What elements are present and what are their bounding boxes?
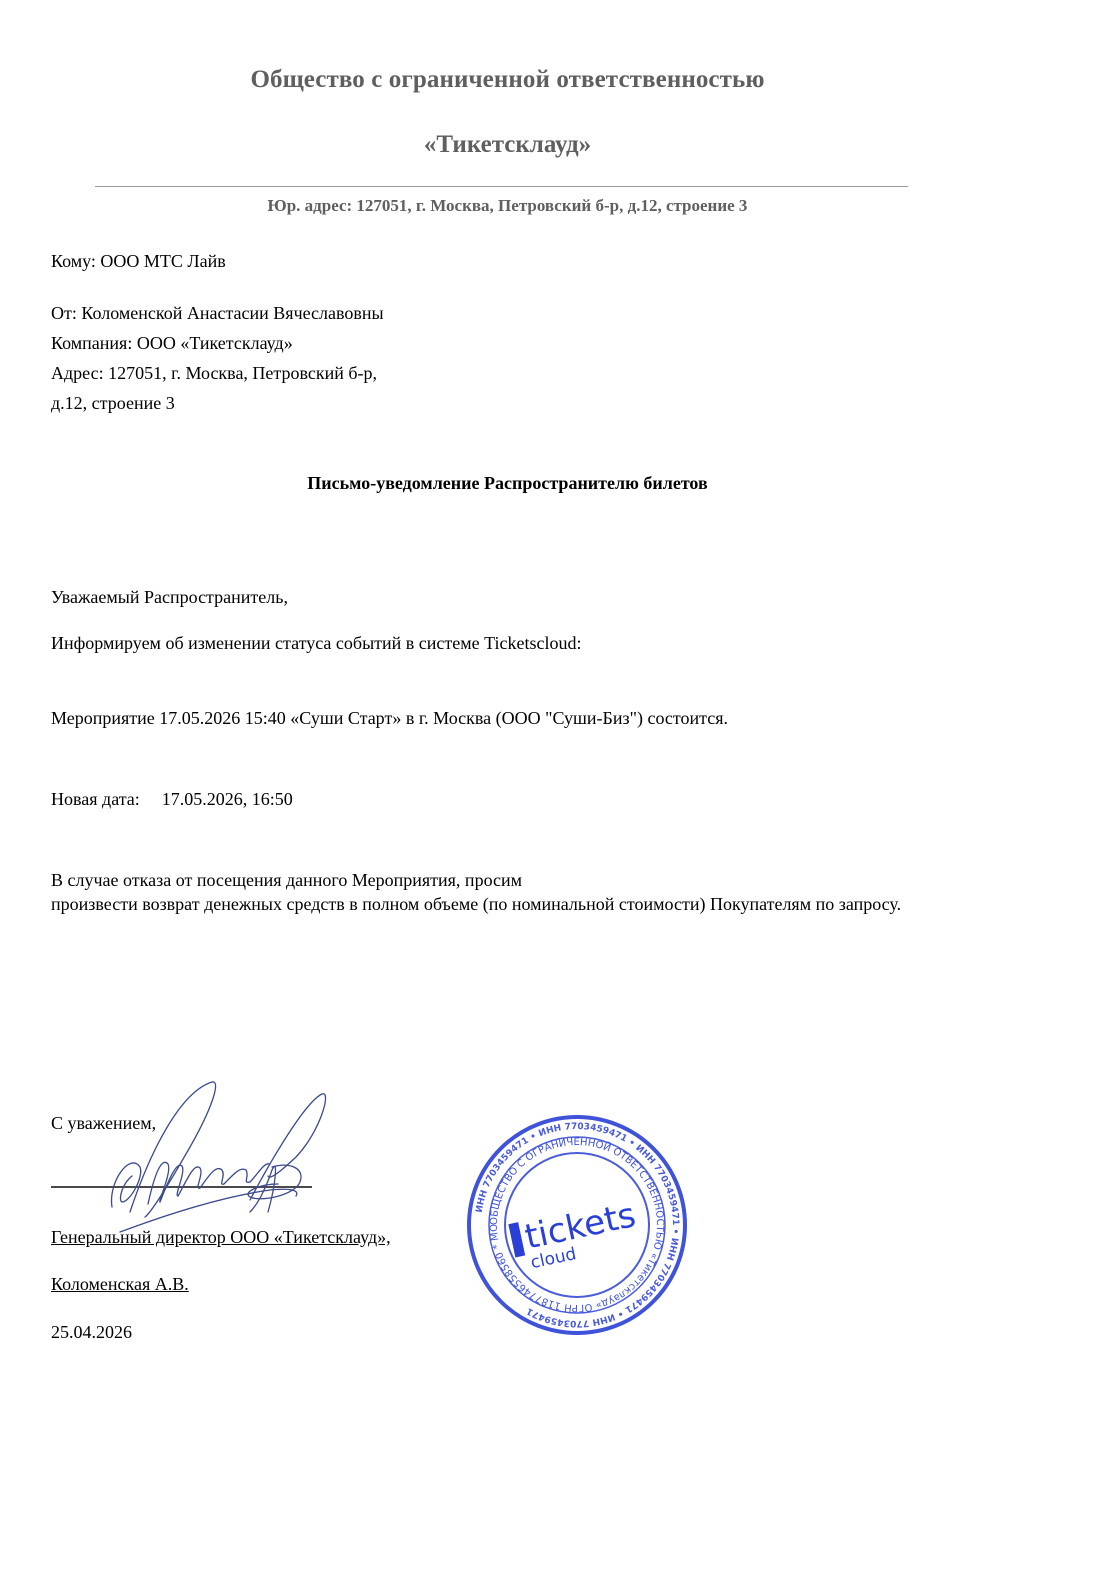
intro-text: Информируем об изменении статуса событий…	[51, 628, 581, 658]
sender-address-line1: Адрес: 127051, г. Москва, Петровский б-р…	[51, 358, 377, 388]
letterhead-divider	[95, 186, 908, 187]
new-date-row: Новая дата:17.05.2026, 16:50	[51, 784, 293, 814]
new-date-value: 17.05.2026, 16:50	[162, 784, 293, 814]
letterhead-company: «Тикетсклауд»	[0, 131, 1015, 159]
letterhead-legal-address: Юр. адрес: 127051, г. Москва, Петровский…	[0, 196, 1015, 216]
greeting: Уважаемый Распространитель,	[51, 582, 288, 612]
refund-line2: произвести возврат денежных средств в по…	[51, 892, 901, 916]
sender-from: От: Коломенской Анастасии Вячеславовны	[51, 298, 384, 328]
sender-company: Компания: ООО «Тикетсклауд»	[51, 328, 293, 358]
company-stamp-icon: ИНН 7703459471 • ИНН 7703459471 • ИНН 77…	[462, 1108, 692, 1343]
signatory-name: Коломенская А.В.	[51, 1269, 189, 1299]
recipient-to: Кому: ООО МТС Лайв	[51, 246, 226, 276]
signature-icon	[100, 1072, 340, 1242]
new-date-label: Новая дата:	[51, 789, 140, 809]
sender-address-line2: д.12, строение 3	[51, 388, 175, 418]
stamp-logo-main: tickets	[521, 1195, 639, 1257]
document-title: Письмо-уведомление Распространителю биле…	[0, 473, 1015, 494]
letterhead-title: Общество с ограниченной ответственностью	[0, 66, 1015, 94]
refund-line1: В случае отказа от посещения данного Мер…	[51, 868, 522, 892]
event-status: Мероприятие 17.05.2026 15:40 «Суши Старт…	[51, 703, 728, 733]
letter-date: 25.04.2026	[51, 1317, 132, 1347]
